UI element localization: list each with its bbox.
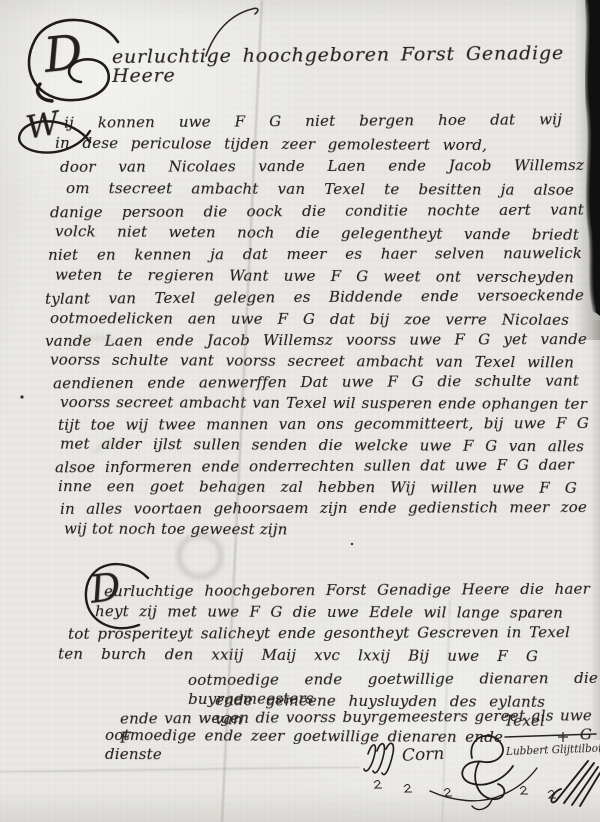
manuscript-line: tijt toe wij twee mannen van ons gecommi… xyxy=(58,414,589,435)
manuscript-line: wij tot noch toe geweest zijn xyxy=(64,520,304,540)
manuscript-line: tot prosperiteyt salicheyt ende gesonthe… xyxy=(68,623,570,644)
manuscript-line: ij konnen uwe F G niet bergen hoe dat wi… xyxy=(64,110,562,132)
manuscript-line: ten burch den xxiij Maij xvc lxxij Bij u… xyxy=(58,645,538,667)
manuscript-line: in dese periculose tijden zeer gemoleste… xyxy=(55,134,487,155)
manuscript-line: volck niet weten noch die gelegentheyt v… xyxy=(55,222,579,245)
manuscript-line: inne een goet behagen zal hebben Wij wil… xyxy=(58,477,577,498)
manuscript-line: aendienen ende aenwerffen Dat uwe F G di… xyxy=(53,372,579,394)
manuscript-page: D eurluchtige hoochgeboren Forst Genadig… xyxy=(0,0,600,822)
signature-tick-marks xyxy=(374,781,556,799)
manuscript-line: alsoe informeren ende onderrechten sulle… xyxy=(55,456,574,478)
salutation-line: eurluchtige hoochgeboren Forst Genadige … xyxy=(112,44,564,86)
signature-undercurl xyxy=(430,768,537,810)
horizontal-fold-crease xyxy=(0,767,360,772)
ink-spot-2 xyxy=(351,543,353,545)
manuscript-line: met alder ijlst sullen senden die welcke… xyxy=(60,435,584,457)
manuscript-line: tylant van Texel gelegen es Biddende end… xyxy=(45,286,584,309)
manuscript-line: niet en kennen ja dat meer es haer selve… xyxy=(48,244,582,265)
manuscript-line: heyt zij met uwe F G die uwe Edele wil l… xyxy=(95,602,563,623)
manuscript-line: voorss secreet ambacht van Texel wil sus… xyxy=(60,393,587,414)
signature-name-right: Lubbert Glijttilboij xyxy=(506,742,596,758)
manuscript-scan: { "paper_color": "#e9e8e4", "ink_color":… xyxy=(0,0,600,822)
ink-bleed-ring xyxy=(179,535,221,577)
manuscript-line: door van Nicolaes vande Laen ende Jacob … xyxy=(60,156,584,177)
ink-spot xyxy=(20,395,23,398)
signature-hatch-flourish xyxy=(551,761,600,806)
manuscript-line: om tsecreet ambacht van Texel te besitte… xyxy=(66,179,574,200)
manuscript-line: vande Laen ende Jacob Willemsz voorss uw… xyxy=(45,330,587,351)
manuscript-line: ootmoedelicken aen uwe F G dat bij zoe v… xyxy=(50,309,569,330)
manuscript-line: weten te regieren Want uwe F G weet ont … xyxy=(55,266,574,288)
manuscript-line: eurluchtige hoochgeboren Forst Genadige … xyxy=(104,580,590,602)
manuscript-line: in alles voortaen gehoorsaem zijn ende g… xyxy=(60,498,587,519)
manuscript-line: voorss schulte vant voorss secreet ambac… xyxy=(50,351,574,373)
signature-name-left: Corn xyxy=(402,744,445,766)
salutation-initial: D xyxy=(41,24,85,84)
manuscript-line: danige persoon die oock die conditie noc… xyxy=(50,201,584,223)
